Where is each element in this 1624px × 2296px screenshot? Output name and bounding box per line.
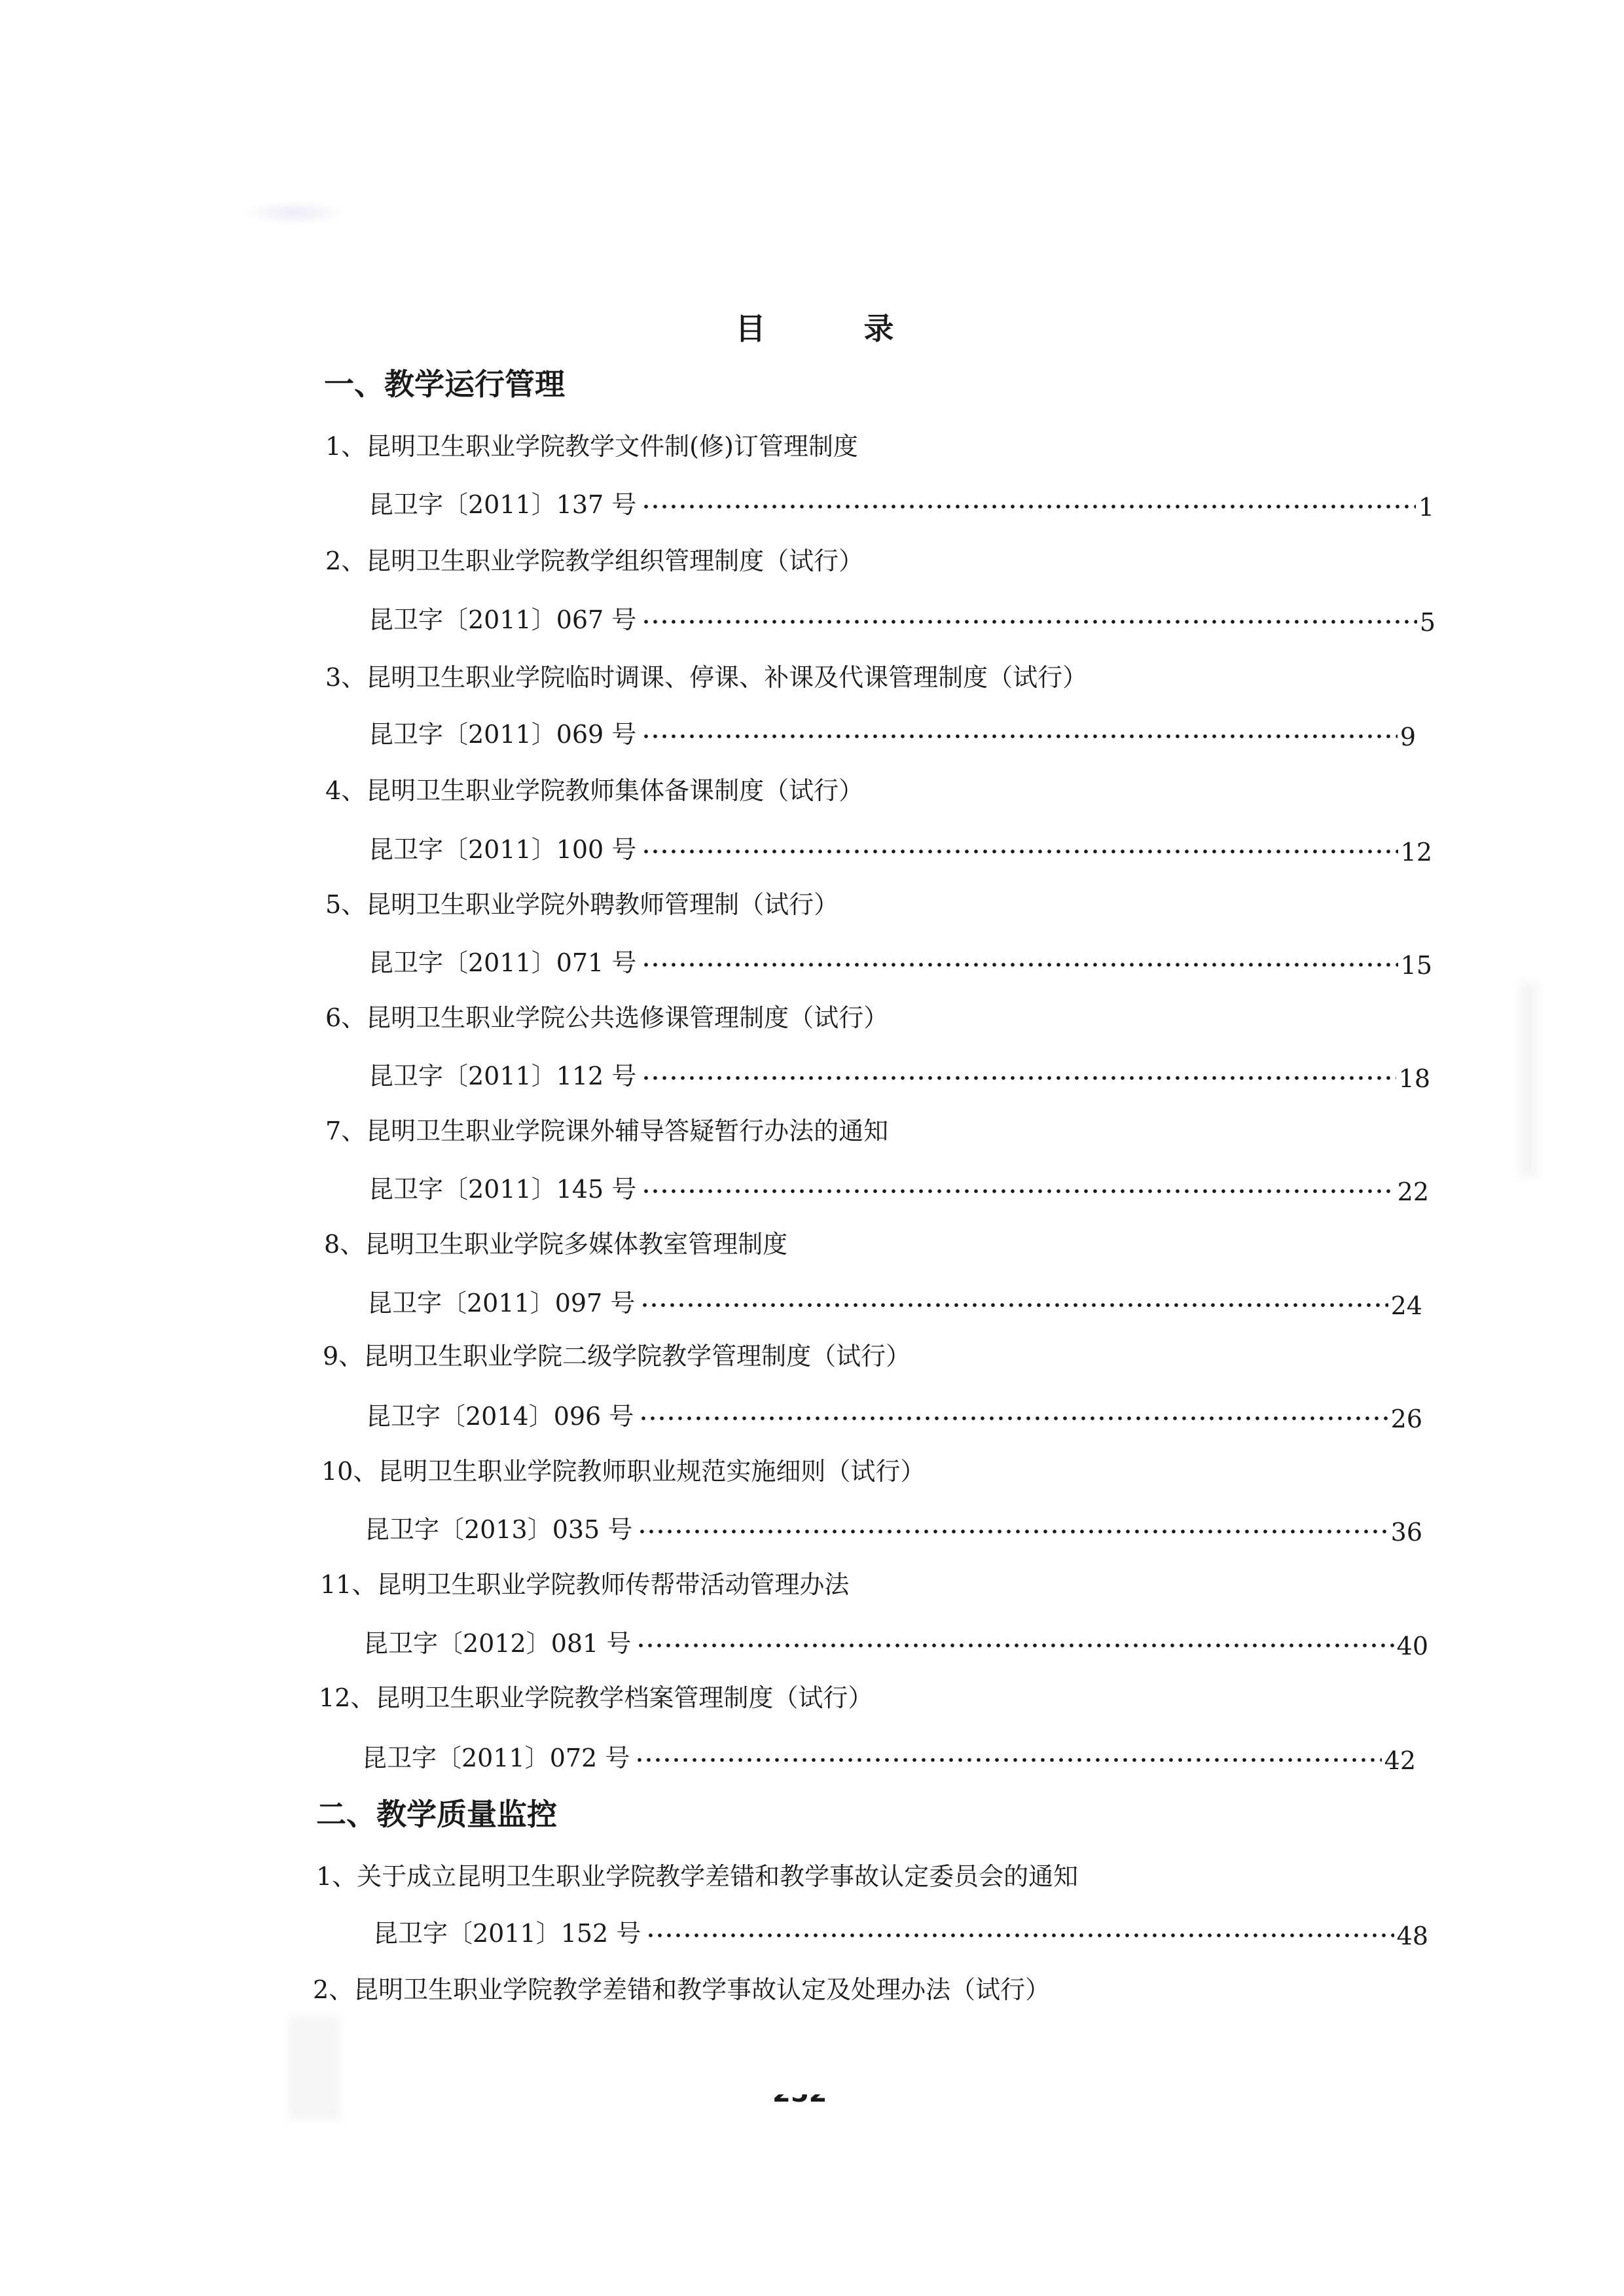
dot-leader [641, 850, 1398, 853]
dot-leader [639, 1416, 1388, 1420]
page-number: 12 [1401, 837, 1432, 867]
document-number: 昆卫字〔2011〕069 号 [369, 719, 636, 749]
document-number: 昆卫字〔2011〕071 号 [369, 948, 636, 978]
page-number: 36 [1391, 1517, 1422, 1547]
toc-entry-ref[interactable]: 昆卫字〔2011〕072 号 42 [362, 1740, 1416, 1776]
dot-leader [638, 1530, 1388, 1534]
toc-entry-title[interactable]: 9、昆明卫生职业学院二级学院教学管理制度（试行） [323, 1341, 911, 1371]
toc-title: 目 录 [0, 310, 1624, 347]
dot-leader [641, 1189, 1394, 1193]
document-number: 昆卫字〔2011〕067 号 [369, 605, 636, 635]
toc-entry-title[interactable]: 1、昆明卫生职业学院教学文件制(修)订管理制度 [325, 431, 858, 461]
page-number: 5 [1420, 607, 1435, 637]
document-number: 昆卫字〔2013〕035 号 [365, 1515, 632, 1545]
scan-smudge [242, 200, 347, 226]
toc-entry-title[interactable]: 5、昆明卫生职业学院外聘教师管理制（试行） [325, 889, 839, 920]
document-number: 昆卫字〔2011〕145 号 [369, 1174, 636, 1204]
toc-entry-title[interactable]: 12、昆明卫生职业学院教学档案管理制度（试行） [319, 1683, 873, 1713]
page-number: 40 [1397, 1631, 1428, 1661]
page-number: 18 [1399, 1064, 1430, 1094]
toc-entry-ref[interactable]: 昆卫字〔2011〕152 号 48 [373, 1916, 1428, 1951]
toc-entry-ref[interactable]: 昆卫字〔2011〕112 号 18 [369, 1058, 1430, 1094]
toc-entry-ref[interactable]: 昆卫字〔2011〕100 号 12 [369, 832, 1432, 867]
toc-entry-title[interactable]: 4、昆明卫生职业学院教师集体备课制度（试行） [325, 776, 863, 806]
dot-leader [641, 1076, 1396, 1080]
page-number-footer: 252 [772, 2094, 851, 2106]
scan-ghost-right [1519, 982, 1538, 1178]
section-heading: 一、教学运行管理 [324, 366, 565, 403]
page-number: 24 [1391, 1291, 1422, 1321]
page-number: 9 [1400, 722, 1416, 752]
page-number: 1 [1418, 492, 1434, 522]
page-number: 42 [1384, 1746, 1416, 1776]
dot-leader [636, 1643, 1394, 1647]
toc-entry-title[interactable]: 8、昆明卫生职业学院多媒体教室管理制度 [324, 1229, 787, 1259]
toc-entry-title[interactable]: 10、昆明卫生职业学院教师职业规范实施细则（试行） [321, 1456, 925, 1486]
toc-entry-title[interactable]: 6、昆明卫生职业学院公共选修课管理制度（试行） [325, 1003, 888, 1033]
page-number: 48 [1397, 1921, 1428, 1951]
toc-entry-ref[interactable]: 昆卫字〔2011〕071 号 15 [369, 945, 1432, 980]
scan-ghost-left [288, 2016, 340, 2121]
page-number: 22 [1398, 1177, 1429, 1207]
document-number: 昆卫字〔2011〕097 号 [367, 1288, 635, 1318]
document-number: 昆卫字〔2014〕096 号 [366, 1401, 634, 1431]
document-number: 昆卫字〔2011〕100 号 [369, 834, 636, 865]
dot-leader [635, 1758, 1381, 1762]
toc-entry-title[interactable]: 7、昆明卫生职业学院课外辅导答疑暂行办法的通知 [325, 1116, 888, 1146]
toc-entry-title[interactable]: 2、昆明卫生职业学院教学组织管理制度（试行） [325, 546, 863, 576]
toc-entry-ref[interactable]: 昆卫字〔2014〕096 号 26 [366, 1399, 1422, 1434]
toc-entry-ref[interactable]: 昆卫字〔2013〕035 号 36 [365, 1512, 1422, 1547]
document-number: 昆卫字〔2011〕072 号 [362, 1743, 630, 1773]
toc-entry-ref[interactable]: 昆卫字〔2011〕097 号 24 [367, 1285, 1422, 1321]
toc-entry-title[interactable]: 3、昆明卫生职业学院临时调课、停课、补课及代课管理制度（试行） [325, 662, 1087, 692]
document-number: 昆卫字〔2011〕112 号 [369, 1061, 636, 1091]
page-number: 15 [1401, 950, 1432, 980]
dot-leader [640, 1303, 1388, 1307]
toc-entry-ref[interactable]: 昆卫字〔2012〕081 号 40 [363, 1626, 1428, 1661]
toc-entry-ref[interactable]: 昆卫字〔2011〕069 号 9 [369, 717, 1416, 752]
dot-leader [641, 963, 1398, 967]
dot-leader [641, 505, 1415, 509]
document-number: 昆卫字〔2011〕152 号 [373, 1918, 641, 1948]
toc-entry-title[interactable]: 11、昆明卫生职业学院教师传帮带活动管理办法 [320, 1570, 849, 1600]
toc-entry-ref[interactable]: 昆卫字〔2011〕137 号 1 [369, 487, 1434, 522]
document-number: 昆卫字〔2012〕081 号 [363, 1628, 631, 1659]
section-heading: 二、教学质量监控 [316, 1796, 557, 1833]
dot-leader [646, 1933, 1394, 1937]
toc-entry-ref[interactable]: 昆卫字〔2011〕145 号 22 [369, 1172, 1429, 1207]
dot-leader [641, 734, 1397, 738]
page-number: 26 [1391, 1404, 1422, 1434]
document-number: 昆卫字〔2011〕137 号 [369, 490, 636, 520]
dot-leader [641, 620, 1416, 624]
toc-entry-title[interactable]: 2、昆明卫生职业学院教学差错和教学事故认定及处理办法（试行） [313, 1975, 1050, 2005]
toc-entry-title[interactable]: 1、关于成立昆明卫生职业学院教学差错和教学事故认定委员会的通知 [316, 1861, 1078, 1892]
toc-entry-ref[interactable]: 昆卫字〔2011〕067 号 5 [369, 602, 1435, 637]
